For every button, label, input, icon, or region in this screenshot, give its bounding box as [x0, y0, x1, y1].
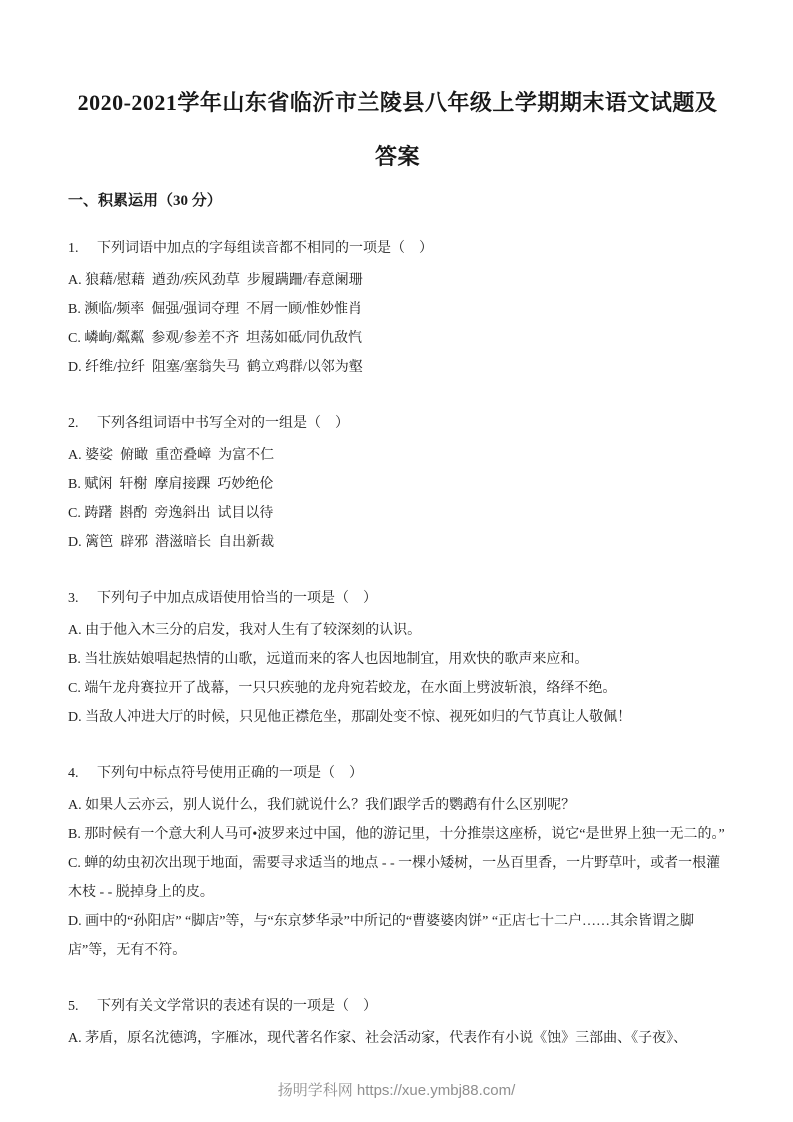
footer-site-name: 扬明学科网: [278, 1082, 353, 1099]
question-stem: 3.下列句子中加点成语使用恰当的一项是（ ）: [68, 584, 727, 613]
question-stem-text: 下列词语中加点的字每组读音都不相同的一项是（ ）: [97, 241, 433, 256]
question-option-c: C. 蝉的幼虫初次出现于地面，需要寻求适当的地点 - - 一棵小矮树，一丛百里香…: [68, 849, 727, 907]
question-number: 2.: [68, 409, 97, 438]
question-3: 3.下列句子中加点成语使用恰当的一项是（ ） A. 由于他入木三分的启发，我对人…: [68, 584, 727, 732]
section-heading: 一、积累运用（30 分）: [68, 190, 727, 213]
question-list: 1.下列词语中加点的字每组读音都不相同的一项是（ ） A. 狼藉/慰藉 遒劲/疾…: [68, 234, 727, 1053]
question-number: 5.: [68, 992, 97, 1021]
question-number: 1.: [68, 234, 97, 263]
question-option-d: D. 画中的“孙阳店” “脚店”等，与“东京梦华录”中所记的“曹婆婆肉饼” “正…: [68, 907, 727, 965]
question-option-b: B. 赋闲 轩榭 摩肩接踝 巧妙绝伦: [68, 470, 727, 499]
footer-url: https://xue.ymbj88.com/: [357, 1082, 515, 1099]
question-option-b: B. 当壮族姑娘唱起热情的山歌，远道而来的客人也因地制宜，用欢快的歌声来应和。: [68, 645, 727, 674]
question-option-d: D. 篱笆 辟邪 潜滋暗长 自出新裁: [68, 528, 727, 557]
question-stem-text: 下列各组词语中书写全对的一组是（ ）: [97, 416, 349, 431]
question-option-a: A. 狼藉/慰藉 遒劲/疾风劲草 步履蹒跚/春意阑珊: [68, 266, 727, 295]
question-stem-text: 下列有关文学常识的表述有误的一项是（ ）: [97, 999, 377, 1014]
page-title: 2020-2021学年山东省临沂市兰陵县八年级上学期期末语文试题及答案: [68, 76, 727, 184]
question-stem: 5.下列有关文学常识的表述有误的一项是（ ）: [68, 992, 727, 1021]
question-option-a: A. 婆娑 俯瞰 重峦叠嶂 为富不仁: [68, 441, 727, 470]
question-4: 4.下列句中标点符号使用正确的一项是（ ） A. 如果人云亦云，别人说什么，我们…: [68, 759, 727, 965]
page-footer: 扬明学科网 https://xue.ymbj88.com/: [0, 1079, 793, 1100]
question-number: 3.: [68, 584, 97, 613]
question-option-d: D. 当敌人冲进大厅的时候，只见他正襟危坐，那副处变不惊、视死如归的气节真让人敬…: [68, 703, 727, 732]
question-option-a: A. 如果人云亦云，别人说什么，我们就说什么？我们跟学舌的鹦鹉有什么区别呢？: [68, 791, 727, 820]
question-option-c: C. 端午龙舟赛拉开了战幕，一只只疾驰的龙舟宛若蛟龙，在水面上劈波斩浪，络绎不绝…: [68, 674, 727, 703]
question-option-a: A. 茅盾，原名沈德鸿，字雁冰，现代著名作家、社会活动家，代表作有小说《蚀》三部…: [68, 1024, 727, 1053]
question-stem-text: 下列句子中加点成语使用恰当的一项是（ ）: [97, 591, 377, 606]
question-option-c: C. 嶙峋/粼粼 参观/参差不齐 坦荡如砥/同仇敌忾: [68, 324, 727, 353]
question-1: 1.下列词语中加点的字每组读音都不相同的一项是（ ） A. 狼藉/慰藉 遒劲/疾…: [68, 234, 727, 382]
question-5: 5.下列有关文学常识的表述有误的一项是（ ） A. 茅盾，原名沈德鸿，字雁冰，现…: [68, 992, 727, 1053]
question-option-b: B. 那时候有一个意大利人马可•波罗来过中国，他的游记里，十分推崇这座桥，说它“…: [68, 820, 727, 849]
question-2: 2.下列各组词语中书写全对的一组是（ ） A. 婆娑 俯瞰 重峦叠嶂 为富不仁 …: [68, 409, 727, 557]
question-stem: 4.下列句中标点符号使用正确的一项是（ ）: [68, 759, 727, 788]
question-option-d: D. 纤维/拉纤 阻塞/塞翁失马 鹤立鸡群/以邻为壑: [68, 353, 727, 382]
question-option-a: A. 由于他入木三分的启发，我对人生有了较深刻的认识。: [68, 616, 727, 645]
question-option-c: C. 踌躇 斟酌 旁逸斜出 试目以待: [68, 499, 727, 528]
question-number: 4.: [68, 759, 97, 788]
document-page: 2020-2021学年山东省临沂市兰陵县八年级上学期期末语文试题及答案 一、积累…: [0, 0, 793, 1122]
question-stem-text: 下列句中标点符号使用正确的一项是（ ）: [97, 766, 363, 781]
question-option-b: B. 濒临/频率 倔强/强词夺理 不屑一顾/惟妙惟肖: [68, 295, 727, 324]
document-content: 2020-2021学年山东省临沂市兰陵县八年级上学期期末语文试题及答案 一、积累…: [0, 0, 793, 1053]
question-stem: 2.下列各组词语中书写全对的一组是（ ）: [68, 409, 727, 438]
question-stem: 1.下列词语中加点的字每组读音都不相同的一项是（ ）: [68, 234, 727, 263]
